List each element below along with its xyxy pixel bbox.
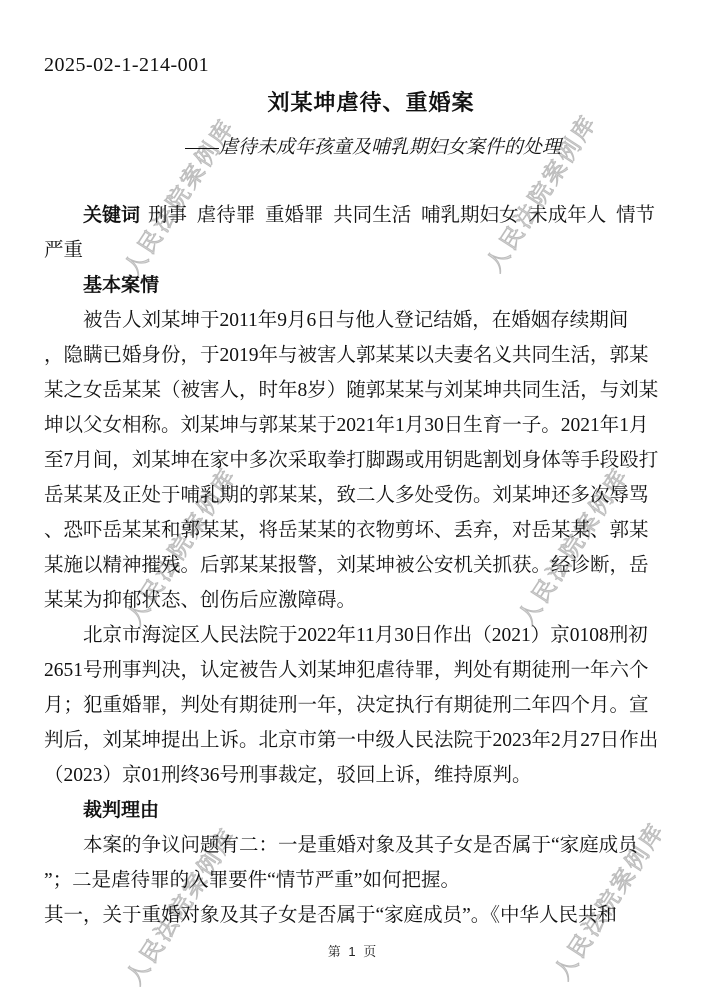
basic-facts-line: ，隐瞒已婚身份，于2019年与被害人郭某某以夫妻名义共同生活，郭某: [44, 338, 662, 373]
basic-facts-line: 北京市海淀区人民法院于2022年11月30日作出（2021）京0108刑初: [44, 618, 662, 653]
basic-facts-line: 判后，刘某坤提出上诉。北京市第一中级人民法院于2023年2月27日作出: [44, 723, 662, 758]
basic-facts-line: 被告人刘某坤于2011年9月6日与他人登记结婚，在婚姻存续期间: [44, 303, 662, 338]
document-page: 人民法院案例库 人民法院案例库 人民法院案例库 人民法院案例库 人民法院案例库 …: [0, 0, 706, 999]
basic-facts-line: 至7月间，刘某坤在家中多次采取拳打脚踢或用钥匙割划身体等手段殴打: [44, 443, 662, 478]
basic-facts-line: 坤以父女相称。刘某坤与郭某某于2021年1月30日生育一子。2021年1月: [44, 408, 662, 443]
basic-facts-line: 月；犯重婚罪，判处有期徒刑一年，决定执行有期徒刑二年四个月。宣: [44, 688, 662, 723]
keywords-line: 关键词刑事 虐待罪 重婚罪 共同生活 哺乳期妇女 未成年人 情节: [44, 198, 662, 233]
section-heading-basic-facts: 基本案情: [44, 268, 662, 303]
basic-facts-line: 2651号刑事判决，认定被告人刘某坤犯虐待罪，判处有期徒刑一年六个: [44, 653, 662, 688]
keywords-label: 关键词: [83, 205, 140, 226]
basic-facts-line: 某某为抑郁状态、创伤后应激障碍。: [44, 583, 662, 618]
keywords-values: 刑事 虐待罪 重婚罪 共同生活 哺乳期妇女 未成年人 情节: [148, 205, 655, 226]
document-body: 关键词刑事 虐待罪 重婚罪 共同生活 哺乳期妇女 未成年人 情节 严重 基本案情…: [44, 198, 662, 933]
reasoning-line: 本案的争议问题有二：一是重婚对象及其子女是否属于“家庭成员: [44, 828, 662, 863]
keywords-line: 严重: [44, 233, 662, 268]
document-content: 2025-02-1-214-001 刘某坤虐待、重婚案 ——虐待未成年孩童及哺乳…: [0, 0, 706, 999]
reasoning-line: ”；二是虐待罪的入罪要件“情节严重”如何把握。: [44, 863, 662, 898]
basic-facts-line: 某之女岳某某（被害人，时年8岁）随郭某某与刘某坤共同生活，与刘某: [44, 373, 662, 408]
basic-facts-line: 岳某某及正处于哺乳期的郭某某，致二人多处受伤。刘某坤还多次辱骂: [44, 478, 662, 513]
case-subtitle: ——虐待未成年孩童及哺乳期妇女案件的处理: [44, 132, 662, 159]
page-number: 第 1 页: [0, 941, 706, 960]
basic-facts-line: 、恐吓岳某某和郭某某，将岳某某的衣物剪坏、丢弃，对岳某某、郭某: [44, 513, 662, 548]
basic-facts-line: 某施以精神摧残。后郭某某报警，刘某坤被公安机关抓获。经诊断，岳: [44, 548, 662, 583]
case-title: 刘某坤虐待、重婚案: [44, 86, 662, 117]
basic-facts-line: （2023）京01刑终36号刑事裁定，驳回上诉，维持原判。: [44, 758, 662, 793]
reasoning-line: 其一，关于重婚对象及其子女是否属于“家庭成员”。《中华人民共和: [44, 898, 662, 933]
section-heading-reasoning: 裁判理由: [44, 793, 662, 828]
case-number: 2025-02-1-214-001: [44, 54, 662, 77]
